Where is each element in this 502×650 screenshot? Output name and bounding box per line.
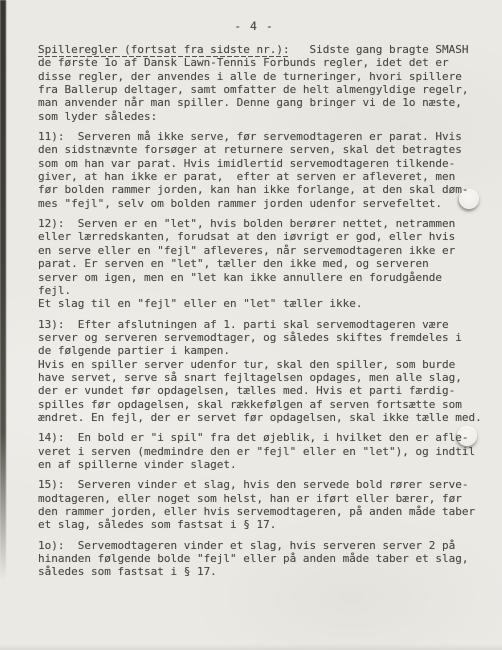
paragraph: 15): Serveren vinder et slag, hvis den s… [38,478,470,531]
text-line: spilles før opdagelsen, skal rækkefølgen… [38,398,470,411]
paragraph: 13): Efter afslutningen af 1. parti skal… [38,318,470,425]
text-line: et slag, således som fastsat i § 17. [38,518,470,531]
paragraph: 11): Serveren må ikke serve, før servemo… [38,130,470,210]
paragraph: 14): En bold er "i spil" fra det øjeblik… [38,431,470,471]
text-line: modtageren, eller noget som helst, han e… [38,492,470,505]
text-line: 11): Serveren må ikke serve, før servemo… [38,130,470,143]
text-line: en af spillerne vinder slaget. [38,458,470,471]
text-line: disse regler, der anvendes i alle de tur… [38,70,470,83]
text-line: 1o): Servemodtageren vinder et slag, hvi… [38,539,470,552]
text-line: hinanden følgende bolde "fejl" eller på … [38,552,470,565]
text-line: server og serveren servemodtager, og sål… [38,331,470,344]
text-line: veret i serven (medmindre den er "fejl" … [38,445,470,458]
paragraphs-container: de første 1o af Dansk Lawn-Tennis Forbun… [38,56,470,578]
text-line: Hvis en spiller server udenfor tur, skal… [38,358,470,371]
text-line: den sidstnævnte forsøger at returnere se… [38,143,470,156]
text-line: før bolden rammer jorden, kan han ikke f… [38,183,470,196]
text-line: som om han var parat. Hvis imidlertid se… [38,157,470,170]
text-line: 12): Serven er en "let", hvis bolden ber… [38,217,470,230]
text-line: fra Ballerup deltager, samt omfatter de … [38,83,470,96]
page-number: - 4 - [38,19,470,33]
text-line: giver, at han ikke er parat, efter at se… [38,170,470,183]
text-line: parat. Er serven en "let", tæller den ik… [38,257,470,270]
text-line: 13): Efter afslutningen af 1. parti skal… [38,318,470,331]
text-line: der er vundet før opdagelsen, tælles med… [38,384,470,397]
text-line: 15): Serveren vinder et slag, hvis den s… [38,478,470,491]
text-line: have servet, serve så snart fejltagelsen… [38,371,470,384]
text-line: således som fastsat i § 17. [38,565,470,578]
text-line: fejl. [38,284,470,297]
text-line: ændret. En fejl, der er servet før opdag… [38,411,470,424]
text-line: de første 1o af Dansk Lawn-Tennis Forbun… [38,56,470,69]
text-line: 14): En bold er "i spil" fra det øjeblik… [38,431,470,444]
text-line: server om igen, men en "let kan ikke ann… [38,271,470,284]
heading-continuation-text: Sidste gang bragte SMASH [290,43,469,56]
heading-line: Spilleregler (fortsat fra sidste nr.): S… [38,43,470,56]
text-line: den rammer jorden, eller hvis servemodta… [38,505,470,518]
text-line: mes "fejl", selv om bolden rammer jorden… [38,197,470,210]
text-line: eller lærredskanten, forudsat at den iøv… [38,230,470,243]
paragraph: 12): Serven er en "let", hvis bolden ber… [38,217,470,310]
text-line: man anvender når man spiller. Denne gang… [38,96,470,109]
text-line: de følgende partier i kampen. [38,344,470,357]
text-line: som lyder således: [38,110,470,123]
scan-edge-shadow [0,0,6,580]
paragraph: 1o): Servemodtageren vinder et slag, hvi… [38,539,470,579]
document-content: - 4 - Spilleregler (fortsat fra sidste n… [38,19,470,579]
scanned-document-page: - 4 - Spilleregler (fortsat fra sidste n… [0,0,502,650]
paragraph: de første 1o af Dansk Lawn-Tennis Forbun… [38,56,470,123]
text-line: en serve eller en "fejl" afleveres, når … [38,244,470,257]
text-line: Et slag til en "fejl" eller en "let" tæl… [38,297,470,310]
